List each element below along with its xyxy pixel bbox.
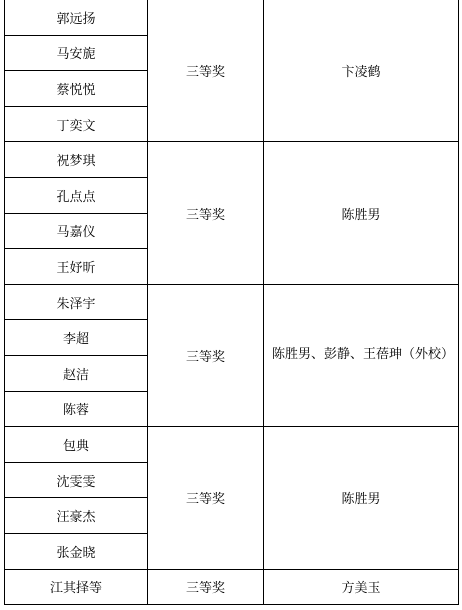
award-cell: 三等奖 <box>148 427 264 569</box>
award-cell: 三等奖 <box>148 569 264 604</box>
student-cell: 马嘉仪 <box>5 213 148 249</box>
student-cell: 朱泽宇 <box>5 284 148 320</box>
student-cell: 丁奕文 <box>5 106 148 142</box>
awards-table: 郭远扬 三等奖 卞凌鹤 马安旎 蔡悦悦 丁奕文 祝梦琪 三等奖 陈胜男 孔点点 … <box>4 0 459 605</box>
teacher-cell: 陈胜男 <box>264 142 459 284</box>
award-cell: 三等奖 <box>148 284 264 426</box>
teacher-cell: 卞凌鹤 <box>264 0 459 142</box>
student-cell: 汪豪杰 <box>5 498 148 534</box>
award-cell: 三等奖 <box>148 0 264 142</box>
student-cell: 赵洁 <box>5 355 148 391</box>
student-cell: 李超 <box>5 320 148 356</box>
student-cell: 蔡悦悦 <box>5 71 148 107</box>
student-cell: 孔点点 <box>5 177 148 213</box>
student-cell: 包典 <box>5 427 148 463</box>
table-row: 包典 三等奖 陈胜男 <box>5 427 459 463</box>
teacher-cell: 陈胜男、彭静、王蓓珅（外校） <box>264 284 459 426</box>
award-cell: 三等奖 <box>148 142 264 284</box>
student-cell: 郭远扬 <box>5 0 148 35</box>
student-cell: 张金晓 <box>5 533 148 569</box>
student-cell: 马安旎 <box>5 35 148 71</box>
table-row: 江其择等 三等奖 方美玉 <box>5 569 459 604</box>
teacher-cell: 陈胜男 <box>264 427 459 569</box>
table-row: 郭远扬 三等奖 卞凌鹤 <box>5 0 459 35</box>
student-cell: 陈蓉 <box>5 391 148 427</box>
teacher-cell: 方美玉 <box>264 569 459 604</box>
student-cell: 江其择等 <box>5 569 148 604</box>
table-row: 祝梦琪 三等奖 陈胜男 <box>5 142 459 178</box>
student-cell: 祝梦琪 <box>5 142 148 178</box>
student-cell: 王妤昕 <box>5 249 148 285</box>
student-cell: 沈雯雯 <box>5 462 148 498</box>
table-row: 朱泽宇 三等奖 陈胜男、彭静、王蓓珅（外校） <box>5 284 459 320</box>
